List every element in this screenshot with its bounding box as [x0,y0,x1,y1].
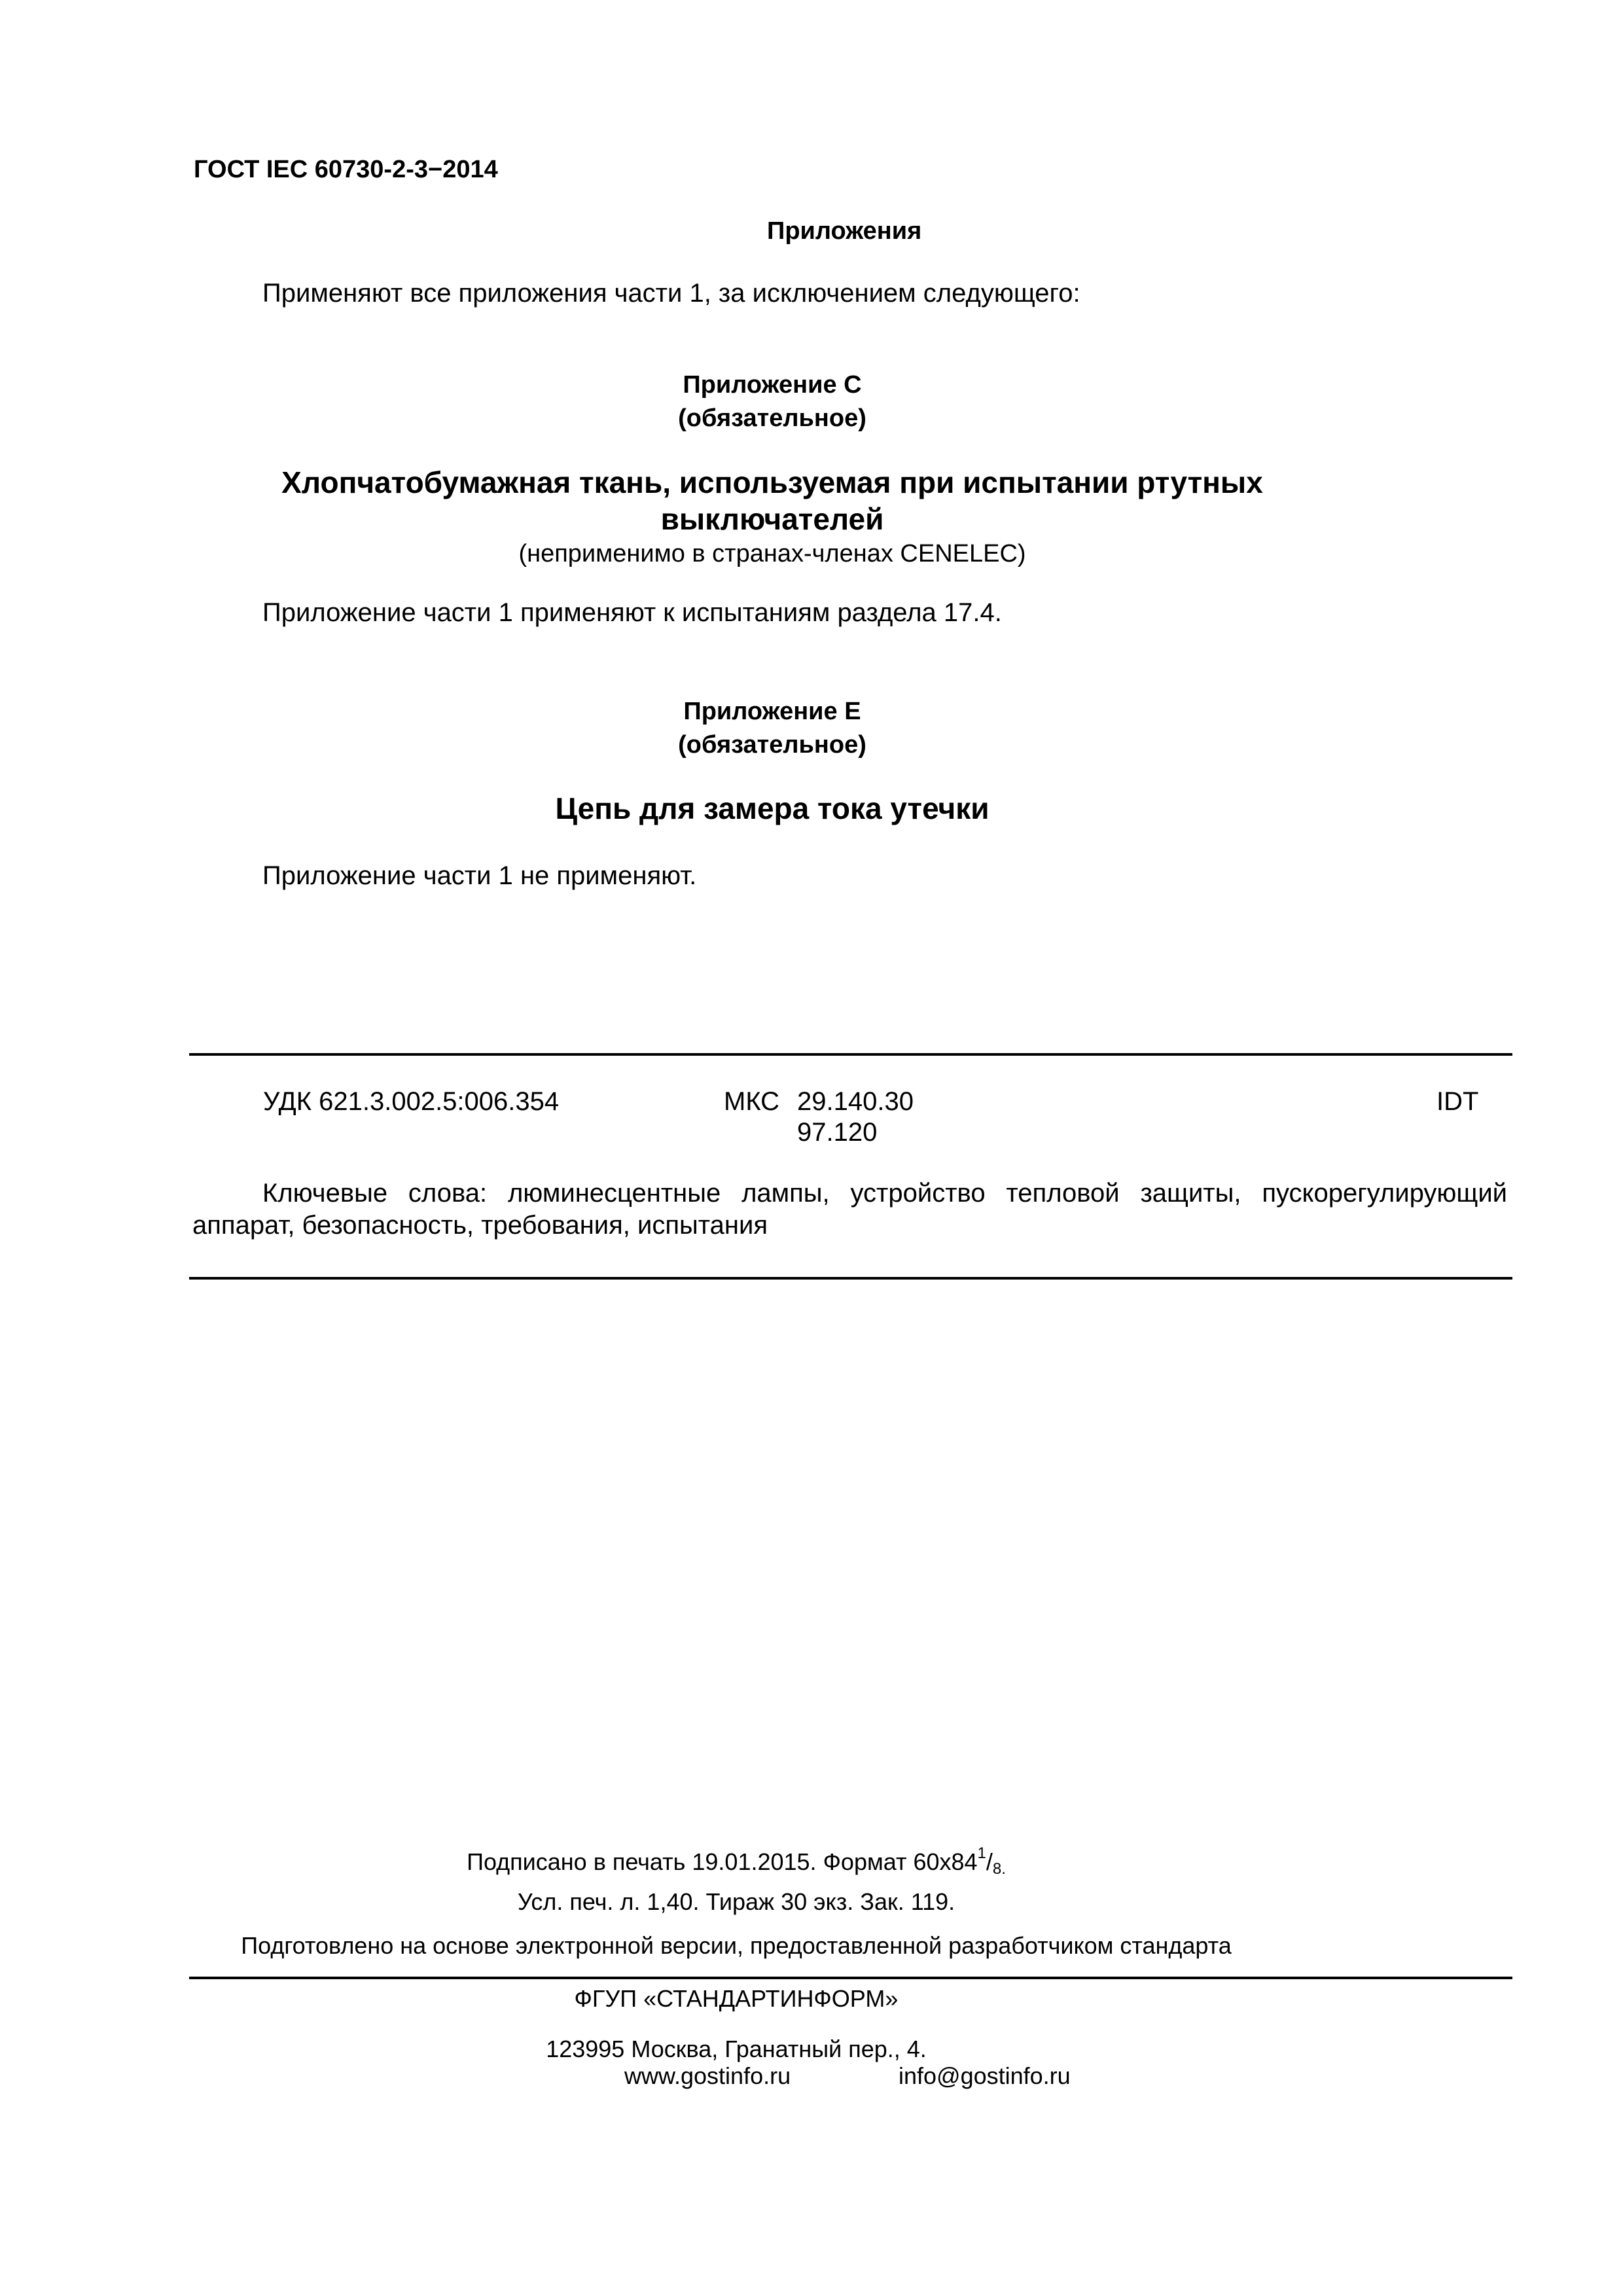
annex-e-status: (обязательное) [0,732,1584,757]
annexes-intro: Применяют все приложения части 1, за иск… [262,280,1080,306]
format-denominator: 8 [993,1860,1001,1878]
annex-c-status: (обязательное) [0,406,1584,431]
format-numerator: 1 [978,1844,986,1862]
publisher-email-link[interactable]: info@gostinfo.ru [899,2064,1071,2088]
format-end: . [1001,1860,1006,1878]
imprint-signed-text: Подписано в печать 19.01.2015. Формат 60… [467,1848,977,1875]
imprint-prepared: Подготовлено на основе электронной верси… [0,1934,1548,1958]
standard-id-header: ГОСТ IEC 60730-2-3−2014 [194,157,498,182]
mks-code-2: 97.120 [797,1119,877,1145]
publisher-address: 123995 Москва, Гранатный пер., 4. [0,2037,1548,2061]
annex-e-text: Приложение части 1 не применяют. [262,863,696,889]
annex-e-title: Цепь для замера тока утечки [0,793,1584,823]
annex-c-title-line2: выключателей [0,504,1584,534]
publisher-name: ФГУП «СТАНДАРТИНФОРМ» [0,1987,1548,2011]
annex-c-note: (неприменимо в странах-членах CENELEC) [0,541,1584,566]
mks-label: МКС [724,1088,779,1115]
udk-code: УДК 621.3.002.5:006.354 [263,1088,559,1115]
mks-code-1: 29.140.30 [797,1088,914,1115]
annex-c-title-line1: Хлопчатобумажная ткань, используемая при… [0,467,1584,497]
publisher-website-link[interactable]: www.gostinfo.ru [624,2064,791,2088]
divider-top [189,1053,1512,1056]
annex-c-text: Приложение части 1 применяют к испытания… [262,600,1002,626]
keywords-line1: Ключевые слова: люминесцентные лампы, ус… [262,1180,1507,1206]
imprint-print-info: Усл. печ. л. 1,40. Тираж 30 экз. Зак. 11… [0,1890,1548,1914]
annex-e-label: Приложение Е [0,699,1584,724]
keywords-line2: аппарат, безопасность, требования, испыт… [192,1212,768,1238]
imprint-signed: Подписано в печать 19.01.2015. Формат 60… [0,1846,1548,1877]
equivalence-degree: IDT [1436,1088,1478,1115]
annex-c-label: Приложение С [0,372,1584,397]
annexes-heading: Приложения [767,219,921,243]
divider-bottom [189,1277,1512,1280]
divider-imprint [189,1977,1512,1979]
